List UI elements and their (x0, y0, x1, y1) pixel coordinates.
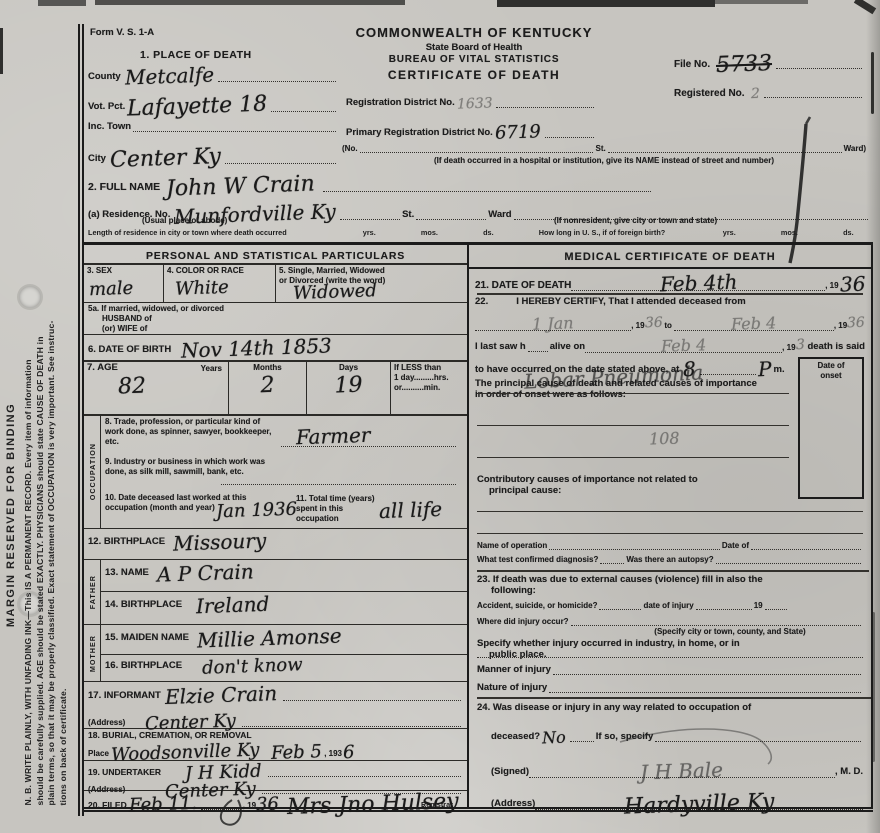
filed-year-printed: , 19 (243, 801, 256, 811)
hospital-note: (If death occurred in a hospital or inst… (342, 156, 866, 166)
nature-of-injury-label: Nature of injury (477, 683, 547, 694)
attended-from-value: 1 Jan (532, 313, 574, 333)
onset-label-2: onset (800, 371, 862, 381)
burial-place-label: Place (88, 749, 109, 759)
married-label-1: 5a. If married, widowed, or divorced (88, 304, 463, 314)
form-number: Form V. S. 1-A (90, 28, 154, 39)
personal-title-row: PERSONAL AND STATISTICAL PARTICULARS (84, 245, 467, 265)
sex-label: 3. SEX (87, 266, 160, 276)
test-confirmed-label: What test confirmed diagnosis? (477, 555, 598, 565)
personal-title: PERSONAL AND STATISTICAL PARTICULARS (146, 250, 405, 262)
how-long-us-label: How long in U. S., if of foreign birth? (539, 228, 665, 237)
inc-town-label: Inc. Town (88, 122, 131, 133)
to-year-value: 36 (847, 315, 865, 332)
manner-of-injury-label: Manner of injury (477, 665, 551, 676)
file-number-value: 5733 (716, 51, 773, 78)
commonwealth-title: COMMONWEALTH OF KENTUCKY (336, 26, 612, 41)
less-than-day-cell: If LESS than 1 day.........hrs. or......… (391, 362, 467, 414)
scan-artifact (497, 0, 715, 7)
specify-whether-text-2: public place. (489, 650, 863, 661)
undertaker-label: 19. UNDERTAKER (88, 767, 161, 778)
to-year-printed: , 19 (834, 321, 847, 331)
married-to-row: 5a. If married, widowed, or divorced HUS… (84, 303, 467, 335)
autopsy-line: What test confirmed diagnosis? Was there… (477, 555, 863, 565)
less-label-2: 1 day.........hrs. (394, 373, 464, 383)
trade-row: 8. Trade, profession, or particular kind… (101, 416, 467, 456)
deceased-q-label: deceased? (491, 732, 540, 743)
scan-artifact (871, 52, 874, 114)
less-label-1: If LESS than (394, 363, 464, 373)
mother-name-value: Millie Amonse (197, 624, 342, 653)
date-of-death-label: 21. DATE OF DEATH (475, 280, 571, 292)
street-ward-line: (No. St. Ward) (342, 144, 866, 154)
primary-district-field: Primary Registration District No. 6719 (346, 122, 596, 139)
last-saw-year-printed: , 19 (782, 343, 795, 353)
abode-note: (Usual place of abode) (142, 216, 227, 226)
to-label: to (664, 321, 672, 331)
birthplace-label: 12. BIRTHPLACE (88, 537, 165, 548)
yrs-label: yrs. (723, 228, 736, 237)
mother-birthplace-value: don't know (202, 654, 303, 678)
last-saw-year-value: 3 (795, 337, 804, 353)
margin-nb-line: N. B. WRITE PLAINLY, WITH UNFADING INK—T… (23, 31, 35, 806)
sex-race-marital-row: 3. SEX male 4. COLOR OR RACE White 5. Si… (84, 265, 467, 303)
date-of-onset-box: Date of onset (798, 357, 864, 499)
dob-row: 6. DATE OF BIRTH Nov 14th 1853 (84, 335, 467, 362)
last-saw-text-1: I last saw h (475, 342, 526, 353)
age-days-value: 19 (310, 372, 388, 400)
color-race-value: White (175, 275, 273, 299)
last-saw-value: Feb 4 (661, 335, 707, 356)
md-label: , M. D. (835, 767, 863, 778)
voting-precinct-label: Vot. Pct. (88, 102, 125, 113)
no-label: (No. (342, 144, 358, 154)
father-name-value: A P Crain (156, 559, 253, 586)
certificate-title: CERTIFICATE OF DEATH (336, 69, 612, 83)
informant-address-row: (Address) Center Ky (84, 711, 467, 729)
physician-address-label: (Address) (491, 799, 535, 810)
form-number-label: Form V. S. 1-A (90, 28, 154, 39)
attended-to-value: Feb 4 (731, 313, 777, 334)
voting-precinct-field: Vot. Pct. Lafayette 18 (88, 94, 338, 113)
ds-label: ds. (843, 228, 854, 237)
ds-label: ds. (483, 228, 494, 237)
registered-number-field: Registered No. 2 (674, 86, 864, 99)
burial-year-printed: , 193 (324, 749, 342, 759)
contributory-block: Contributory causes of importance not re… (477, 475, 698, 497)
medical-title: MEDICAL CERTIFICATE OF DEATH (564, 251, 775, 263)
informant-value: Elzie Crain (164, 681, 277, 709)
personal-column: PERSONAL AND STATISTICAL PARTICULARS 3. … (84, 245, 469, 807)
father-birthplace-row: 14. BIRTHPLACE Ireland (101, 592, 467, 624)
undertaker-address-row: (Address) Center Ky (84, 779, 467, 791)
registered-number-label: Registered No. (674, 88, 745, 100)
operation-line: Name of operation Date of (477, 541, 863, 551)
burial-row: 18. BURIAL, CREMATION, OR REMOVAL Place … (84, 729, 467, 761)
physician-address-value: Hardyville Ky (624, 789, 775, 819)
informant-address-label: (Address) (88, 718, 125, 728)
age-row: 7. AGE Years 82 Months 2 Days 19 If LESS… (84, 362, 467, 416)
father-name-row: 13. NAME A P Crain (101, 560, 467, 592)
filed-year-value: 36 (256, 794, 280, 816)
occupation-side-label: OCCUPATION (88, 443, 97, 500)
birthplace-row: 12. BIRTHPLACE Missoury (84, 529, 467, 560)
scan-artifact (95, 0, 405, 5)
accident-label: Accident, suicide, or homicide? (477, 601, 597, 611)
dob-value: Nov 14th 1853 (181, 333, 333, 362)
margin-binding-text: MARGIN RESERVED FOR BINDING (5, 403, 17, 627)
primary-district-label: Primary Registration District No. (346, 128, 493, 139)
full-name-value: John W Crain (166, 171, 315, 201)
manner-of-injury-line: Manner of injury (477, 665, 863, 676)
q23-text-2: following: (491, 586, 863, 597)
age-years-cell: 7. AGE Years 82 (84, 362, 229, 414)
onset-label-1: Date of (800, 361, 862, 371)
mother-birthplace-label: 16. BIRTHPLACE (105, 661, 182, 672)
age-label: 7. AGE (87, 363, 118, 374)
registered-number-value: 2 (750, 86, 759, 102)
death-ampm-value: P (758, 357, 772, 381)
main-table: PERSONAL AND STATISTICAL PARTICULARS 3. … (84, 242, 873, 812)
mother-group: MOTHER 15. MAIDEN NAME Millie Amonse 16.… (84, 625, 467, 682)
length-of-residence-label: Length of residence in city or town wher… (88, 228, 287, 237)
date-of-operation-label: Date of (722, 541, 749, 551)
color-race-cell: 4. COLOR OR RACE White (164, 265, 276, 302)
if-so-label: If so, specify (596, 732, 654, 743)
mother-side-cell: MOTHER (84, 625, 101, 681)
external-causes-block: 23. If death was due to external causes … (477, 575, 863, 661)
marital-cell: 5. Single, Married, Widowed or Divorced … (276, 265, 467, 302)
registration-district-field: Registration District No. 1633 (346, 96, 596, 109)
last-saw-text-2: alive on (550, 342, 585, 353)
state-header: COMMONWEALTH OF KENTUCKY State Board of … (336, 26, 612, 83)
sex-value: male (89, 277, 161, 300)
nature-of-injury-line: Nature of injury (477, 683, 863, 694)
father-name-label: 13. NAME (105, 568, 149, 579)
death-said-text: death is said (807, 342, 865, 353)
father-side-label: FATHER (88, 575, 97, 609)
nonresident-note: (If nonresident, give city or town and s… (554, 216, 717, 226)
father-group: FATHER 13. NAME A P Crain 14. BIRTHPLACE (84, 560, 467, 625)
operation-label: Name of operation (477, 541, 547, 551)
industry-row: 9. Industry or business in which work wa… (101, 456, 467, 493)
margin-nb-line: plain terms, so that it may be properly … (46, 31, 58, 806)
occupation-group: OCCUPATION 8. Trade, profession, or part… (84, 416, 467, 529)
mother-name-row: 15. MAIDEN NAME Millie Amonse (101, 625, 467, 654)
bureau-title: BUREAU OF VITAL STATISTICS (336, 54, 612, 66)
physician-signature: J H Bale (640, 757, 724, 784)
registrar-signature: Mrs Jno Hulsey (287, 789, 459, 820)
registration-district-value: 1633 (456, 95, 492, 112)
margin-nb-text: N. B. WRITE PLAINLY, WITH UNFADING INK—T… (23, 31, 69, 806)
city-field: City Center Ky (88, 146, 338, 165)
death-certificate-scan: MARGIN RESERVED FOR BINDING N. B. WRITE … (0, 0, 880, 833)
ward-label: Ward) (844, 144, 866, 154)
city-label: City (88, 154, 106, 165)
autopsy-label: Was there an autopsy? (626, 555, 713, 565)
certify-number: 22. (475, 297, 488, 308)
primary-district-value: 6719 (494, 121, 541, 144)
total-time-value: all life (379, 497, 443, 523)
signed-label: (Signed) (491, 767, 529, 778)
q24-text: 24. Was disease or injury in any way rel… (477, 703, 863, 714)
filed-date-value: Feb 11. (128, 793, 197, 816)
file-number-field: File No. 5733 (674, 52, 864, 70)
informant-label: 17. INFORMANT (88, 691, 161, 702)
total-time-label: 11. Total time (years) spent in this occ… (296, 494, 386, 524)
occupation-related-value: No (542, 728, 566, 748)
county-field: County Metcalfe (88, 64, 338, 83)
father-birthplace-label: 14. BIRTHPLACE (105, 600, 182, 611)
scan-artifact (713, 0, 808, 4)
age-months-value: 2 (232, 372, 304, 399)
voting-precinct-value: Lafayette 18 (127, 92, 268, 122)
where-injury-label: Where did injury occur? (477, 617, 569, 627)
occupation-side-cell: OCCUPATION (84, 416, 101, 528)
city-value: Center Ky (110, 144, 222, 173)
undertaker-row: 19. UNDERTAKER J H Kidd (84, 761, 467, 779)
county-label: County (88, 72, 121, 83)
full-name-field: 2. FULL NAME John W Crain (88, 174, 653, 193)
father-birthplace-value: Ireland (196, 591, 270, 618)
mother-name-label: 15. MAIDEN NAME (105, 633, 189, 644)
age-years-value: 82 (118, 374, 147, 400)
burial-label: 18. BURIAL, CREMATION, OR REMOVAL (88, 730, 463, 741)
age-days-cell: Days 19 (307, 362, 391, 414)
father-side-cell: FATHER (84, 560, 101, 624)
last-worked-row: 10. Date deceased last worked at this oc… (101, 492, 467, 528)
marital-value: Widowed (293, 277, 465, 304)
full-name-label: 2. FULL NAME (88, 181, 160, 193)
scan-artifact (0, 28, 3, 74)
certify-text: I HEREBY CERTIFY, That I attended deceas… (516, 297, 745, 308)
sex-cell: 3. SEX male (84, 265, 164, 302)
birthplace-value: Missoury (173, 528, 267, 555)
board-title: State Board of Health (336, 43, 612, 54)
married-label-2: HUSBAND of (102, 314, 463, 324)
cause-code-value: 108 (649, 428, 680, 448)
margin-nb-line: should be carefully supplied. AGE should… (35, 31, 47, 806)
place-of-death-heading: 1. PLACE OF DEATH (140, 49, 252, 61)
injury-19-label: 19 (754, 601, 763, 611)
marital-label-1: 5. Single, Married, Widowed (279, 266, 464, 276)
margin-nb-line: tions on back of certificate. (58, 31, 70, 806)
mos-label: mos. (421, 228, 438, 237)
filed-row: 20. FILED Feb 11. , 19 36 Mrs Jno Hulsey… (84, 791, 467, 807)
place-of-death-label: 1. PLACE OF DEATH (140, 49, 252, 61)
last-worked-value: Jan 1936 (216, 499, 298, 523)
county-value: Metcalfe (124, 62, 214, 89)
mother-birthplace-row: 16. BIRTHPLACE don't know (101, 655, 467, 682)
industry-label: 9. Industry or business in which work wa… (105, 457, 280, 477)
inc-town-field: Inc. Town (88, 122, 338, 133)
trade-label: 8. Trade, profession, or particular kind… (105, 417, 280, 447)
mother-side-label: MOTHER (88, 635, 97, 672)
medical-title-row: MEDICAL CERTIFICATE OF DEATH (469, 247, 871, 269)
st-label: St. (595, 144, 605, 154)
date-of-death-field: 21. DATE OF DEATH Feb 4th , 19 36 (475, 267, 865, 291)
scan-artifact (38, 0, 86, 6)
length-of-residence-line: Length of residence in city or town wher… (88, 228, 870, 237)
occupation-related-block: 24. Was disease or injury in any way rel… (477, 703, 863, 810)
married-label-3: (or) WIFE of (102, 324, 463, 334)
informant-row: 17. INFORMANT Elzie Crain (84, 682, 467, 711)
medical-column: MEDICAL CERTIFICATE OF DEATH 21. DATE OF… (469, 245, 873, 807)
yrs-label: yrs. (363, 228, 376, 237)
filed-label: 20. FILED (88, 800, 127, 811)
years-label: Years (201, 364, 222, 374)
dod-year-printed: , 19 (825, 281, 838, 291)
burial-year-value: 6 (343, 742, 355, 763)
dob-label: 6. DATE OF BIRTH (88, 345, 171, 356)
specify-city-note: (Specify city or town, county, and State… (597, 627, 863, 637)
residence-ward-label: Ward (488, 210, 511, 221)
file-number-label: File No. (674, 59, 710, 71)
color-race-label: 4. COLOR OR RACE (167, 266, 272, 276)
registration-district-label: Registration District No. (346, 98, 455, 109)
mos-label: mos. (781, 228, 798, 237)
injury-date-label: date of injury (643, 601, 693, 611)
age-months-cell: Months 2 (229, 362, 307, 414)
certificate-form: Form V. S. 1-A 1. PLACE OF DEATH County … (78, 24, 868, 816)
less-label-3: or..........min. (394, 383, 464, 393)
m-label: m. (774, 365, 785, 376)
from-year-value: 36 (644, 315, 662, 332)
from-year-printed: , 19 (631, 321, 644, 331)
contributory-text-2: principal cause: (489, 486, 698, 497)
residence-st-label: St. (402, 210, 414, 221)
